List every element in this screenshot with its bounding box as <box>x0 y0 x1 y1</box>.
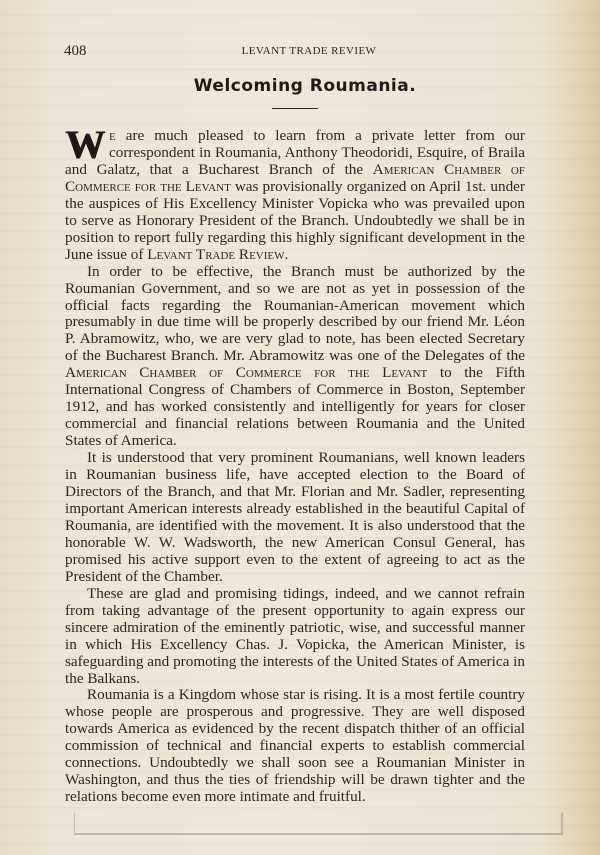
paragraph-text: These are glad and promising tidings, in… <box>65 585 525 687</box>
paragraph-text: It is understood that very prominent Rou… <box>65 449 525 585</box>
small-caps-run: Levant Trade Review <box>147 246 284 263</box>
text-run: Roumania is a Kingdom whose star is risi… <box>65 686 525 805</box>
paragraph-text: In order to be effective, the Branch mus… <box>65 263 525 450</box>
article-title: Welcoming Roumania. <box>60 76 550 96</box>
text-run: In order to be effective, the Branch mus… <box>65 263 525 365</box>
paragraph: W e are much pleased to learn from a pri… <box>65 128 525 264</box>
small-caps-run: American Chamber of Commerce for the Lev… <box>65 364 427 381</box>
drop-cap: W <box>65 129 105 161</box>
paragraph: It is understood that very prominent Rou… <box>65 450 525 586</box>
text-run: These are glad and promising tidings, in… <box>65 585 525 687</box>
title-divider <box>272 108 318 109</box>
text-run: It is understood that very prominent Rou… <box>65 449 525 585</box>
page-header: 408 LEVANT TRADE REVIEW <box>64 43 554 61</box>
paragraph-text: e are much pleased to learn from a priva… <box>65 127 525 263</box>
small-caps-run: e <box>109 127 116 144</box>
paragraph: These are glad and promising tidings, in… <box>65 586 525 688</box>
paragraph-text: Roumania is a Kingdom whose star is risi… <box>65 686 525 805</box>
article-body: W e are much pleased to learn from a pri… <box>65 128 525 806</box>
paragraph: In order to be effective, the Branch mus… <box>65 264 525 450</box>
paragraph: Roumania is a Kingdom whose star is risi… <box>65 687 525 806</box>
page-frame-border <box>74 813 563 835</box>
text-run: . <box>285 246 289 263</box>
running-head: LEVANT TRADE REVIEW <box>64 45 554 57</box>
